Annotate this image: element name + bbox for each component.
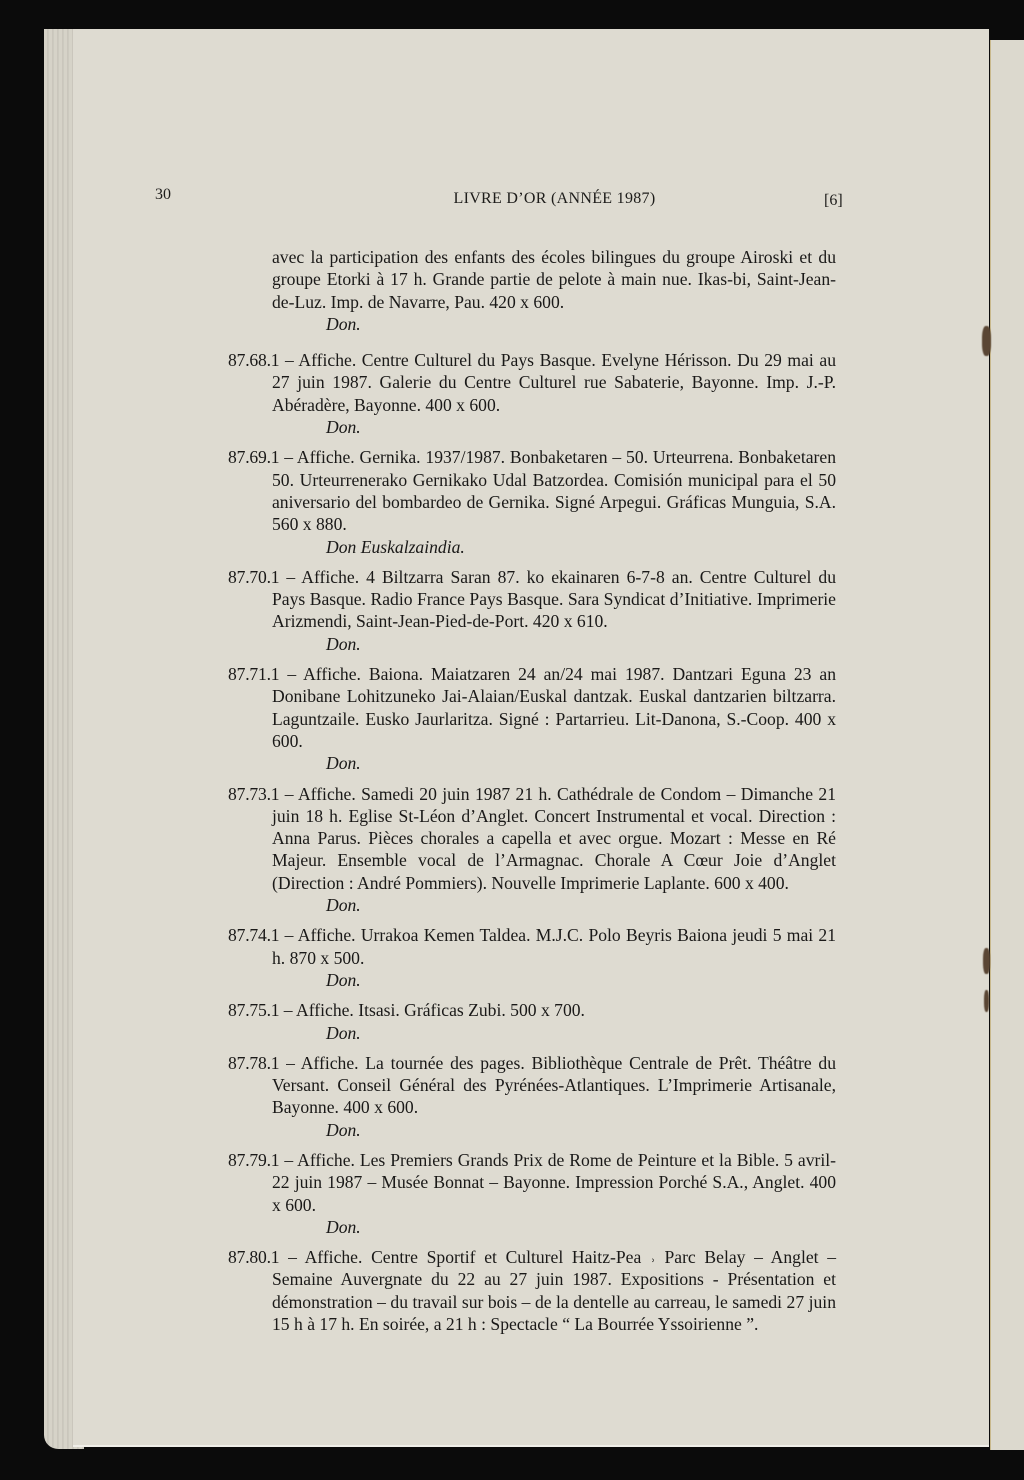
catalogue-entry: 87.69.1 – Affiche. Gernika. 1937/1987. B… — [228, 446, 836, 557]
entry-source: Don. — [272, 1216, 836, 1238]
entry-text: avec la participation des enfants des éc… — [272, 247, 836, 312]
catalogue-entry: 87.70.1 – Affiche. 4 Biltzarra Saran 87.… — [228, 566, 836, 655]
catalogue-entry: 87.71.1 – Affiche. Baiona. Maiatzaren 24… — [228, 663, 836, 774]
catalogue-entry: 87.79.1 – Affiche. Les Premiers Grands P… — [228, 1149, 836, 1238]
entry-text: Affiche. Samedi 20 juin 1987 21 h. Cathé… — [272, 784, 836, 893]
entry-id: 87.68.1 — [228, 350, 279, 370]
entry-id: 87.74.1 — [228, 925, 279, 945]
entry-id: 87.70.1 — [228, 567, 279, 587]
catalogue-entry: avec la participation des enfants des éc… — [228, 246, 836, 335]
entry-source: Don Euskalzaindia. — [272, 536, 836, 558]
entry-source: Don. — [272, 894, 836, 916]
adjacent-page-edge — [990, 40, 1024, 1450]
entry-id: 87.80.1 — [228, 1247, 279, 1267]
entry-id: 87.73.1 — [228, 784, 279, 804]
entry-text: Affiche. Urrakoa Kemen Taldea. M.J.C. Po… — [272, 925, 836, 967]
catalogue-entry: 87.68.1 – Affiche. Centre Culturel du Pa… — [228, 349, 836, 438]
entry-id: 87.69.1 — [228, 447, 279, 467]
entry-text: Affiche. Gernika. 1937/1987. Bonbaketare… — [272, 447, 836, 534]
entry-id: 87.71.1 — [228, 664, 279, 684]
binding-stain — [983, 948, 990, 974]
entry-text: Affiche. La tournée des pages. Bibliothè… — [272, 1053, 836, 1118]
entry-text: Affiche. Centre Culturel du Pays Basque.… — [272, 350, 836, 415]
entry-text: Affiche. Baiona. Maiatzaren 24 an/24 mai… — [272, 664, 836, 751]
entry-source: Don. — [272, 313, 836, 335]
entry-id: 87.75.1 — [228, 1000, 279, 1020]
entry-text: Affiche. Centre Sportif et Culturel Hait… — [272, 1247, 836, 1334]
entry-source: Don. — [272, 1119, 836, 1141]
catalogue-entry: 87.78.1 – Affiche. La tournée des pages.… — [228, 1052, 836, 1141]
running-title: LIVRE D’OR (ANNÉE 1987) — [0, 190, 1024, 208]
binding-stain — [982, 326, 991, 356]
binding-stain — [984, 990, 989, 1012]
catalogue-entry: 87.73.1 – Affiche. Samedi 20 juin 1987 2… — [228, 783, 836, 917]
section-reference: [6] — [824, 192, 843, 210]
catalogue-entry: 87.75.1 – Affiche. Itsasi. Gráficas Zubi… — [228, 999, 836, 1044]
entry-id: 87.79.1 — [228, 1150, 279, 1170]
catalogue-entry: 87.80.1 – Affiche. Centre Sportif et Cul… — [228, 1246, 836, 1335]
page-header: 30 LIVRE D’OR (ANNÉE 1987) [6] — [0, 186, 1024, 210]
entry-id: 87.78.1 — [228, 1053, 279, 1073]
entry-source: Don. — [272, 752, 836, 774]
catalogue-entry: 87.74.1 – Affiche. Urrakoa Kemen Taldea.… — [228, 924, 836, 991]
entry-source: Don. — [272, 416, 836, 438]
entry-text: Affiche. Itsasi. Gráficas Zubi. 500 x 70… — [296, 1000, 585, 1020]
entry-source: Don. — [272, 969, 836, 991]
catalogue-entries: avec la participation des enfants des éc… — [228, 246, 836, 1343]
entry-text: Affiche. 4 Biltzarra Saran 87. ko ekaina… — [272, 567, 836, 632]
entry-text: Affiche. Les Premiers Grands Prix de Rom… — [272, 1150, 836, 1215]
entry-source: Don. — [272, 1022, 836, 1044]
entry-source: Don. — [272, 633, 836, 655]
